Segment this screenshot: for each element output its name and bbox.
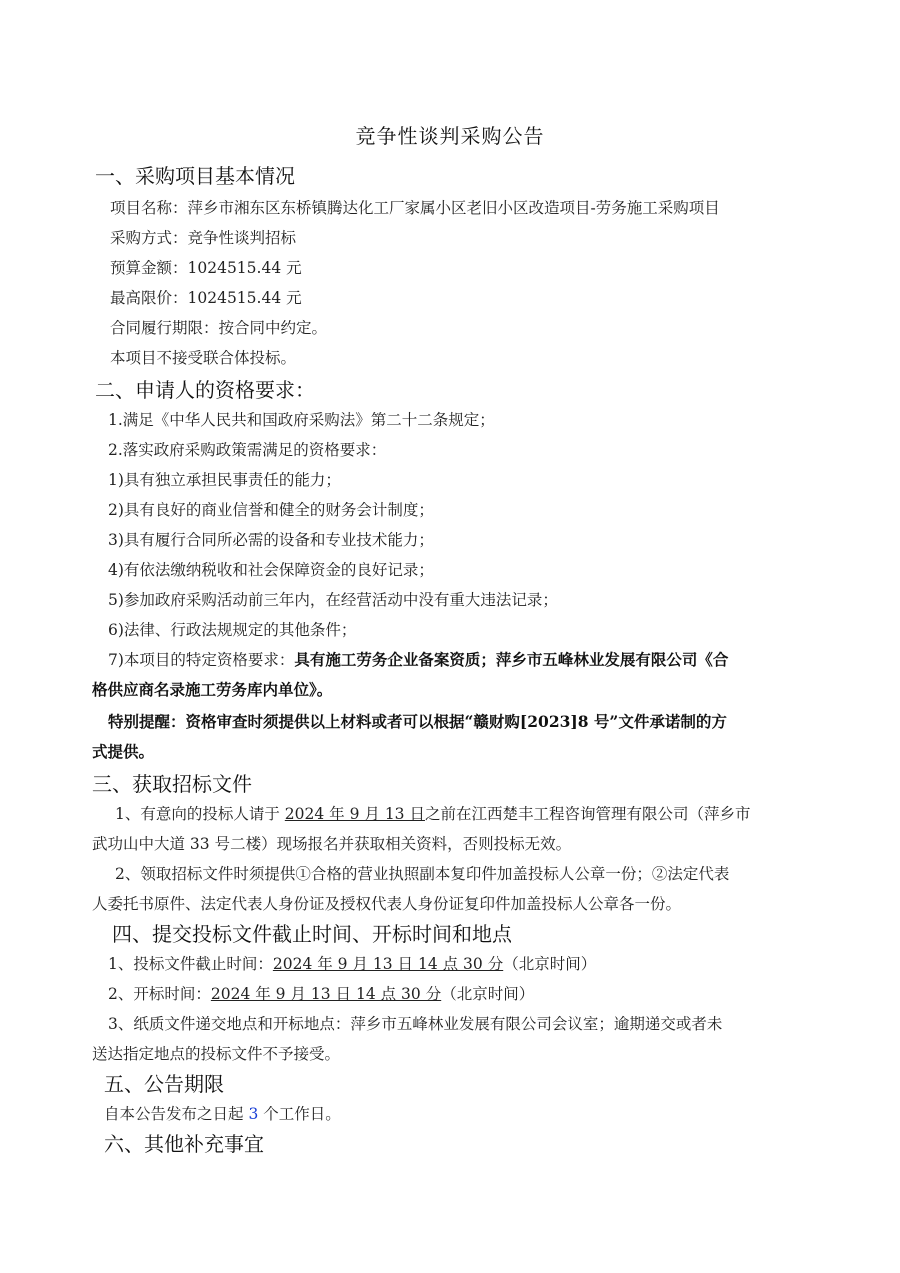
section-heading-2: 二、申请人的资格要求： [95, 374, 315, 403]
notice-period-days: 3 [248, 1105, 258, 1123]
consortium-note: 本项目不接受联合体投标。 [110, 346, 296, 368]
section-heading-1: 一、采购项目基本情况 [95, 160, 295, 189]
document-title: 竞争性谈判采购公告 [0, 120, 900, 149]
special-notice: 特别提醒：资格审查时须提供以上材料或者可以根据“赣财购[2023]8 号”文件承… [108, 710, 727, 732]
qualification-7-requirement-cont: 格供应商名录施工劳务库内单位》。 [92, 678, 332, 700]
bid-opening-timezone: （北京时间） [441, 985, 534, 1003]
notice-period-unit: 个工作日。 [258, 1105, 340, 1123]
procurement-method: 采购方式：竞争性谈判招标 [110, 226, 296, 248]
obtain-deadline-date: 2024 年 9 月 13 日 [285, 805, 425, 823]
bid-deadline-label: 1、投标文件截止时间： [108, 955, 273, 973]
obtain-docs-2: 2、领取招标文件时须提供①合格的营业执照副本复印件加盖投标人公章一份；②法定代表 [115, 862, 729, 884]
special-notice-label: 特别提醒： [108, 712, 186, 731]
section-heading-3: 三、获取招标文件 [92, 768, 252, 797]
submission-location-cont: 送达指定地点的投标文件不予接受。 [92, 1042, 340, 1064]
qualification-7-requirement: 具有施工劳务企业备案资质；萍乡市五峰林业发展有限公司《合 [294, 650, 728, 669]
qualification-2-7: 7)本项目的特定资格要求：具有施工劳务企业备案资质；萍乡市五峰林业发展有限公司《… [108, 648, 728, 670]
bid-opening-time: 2024 年 9 月 13 日 14 点 30 分 [211, 985, 441, 1003]
max-price: 最高限价：1024515.44 元 [110, 286, 302, 308]
qualification-2: 2.落实政府采购政策需满足的资格要求： [108, 438, 386, 460]
qualification-2-6: 6)法律、行政法规规定的其他条件； [108, 618, 356, 640]
notice-period-text: 自本公告发布之日起 [104, 1105, 248, 1123]
qualification-1: 1.满足《中华人民共和国政府采购法》第二十二条规定； [108, 408, 495, 430]
obtain-docs-1: 1、有意向的投标人请于 2024 年 9 月 13 日之前在江西楚丰工程咨询管理… [115, 802, 750, 824]
obtain-docs-1-location: 之前在江西楚丰工程咨询管理有限公司（萍乡市 [425, 805, 751, 823]
qualification-2-5: 5)参加政府采购活动前三年内，在经营活动中没有重大违法记录； [108, 588, 558, 610]
obtain-docs-2-cont: 人委托书原件、法定代表人身份证及授权代表人身份证复印件加盖投标人公章各一份。 [92, 892, 681, 914]
qualification-2-4: 4)有依法缴纳税收和社会保障资金的良好记录； [108, 558, 434, 580]
notice-period: 自本公告发布之日起 3 个工作日。 [104, 1102, 341, 1124]
qualification-2-1: 1)具有独立承担民事责任的能力； [108, 468, 341, 490]
bid-deadline-timezone: （北京时间） [503, 955, 596, 973]
special-notice-text: 资格审查时须提供以上材料或者可以根据“赣财购[2023]8 号”文件承诺制的方 [186, 712, 727, 731]
bid-opening: 2、开标时间：2024 年 9 月 13 日 14 点 30 分（北京时间） [108, 982, 534, 1004]
section-heading-5: 五、公告期限 [104, 1068, 224, 1097]
special-notice-cont: 式提供。 [92, 740, 154, 762]
bid-deadline: 1、投标文件截止时间：2024 年 9 月 13 日 14 点 30 分（北京时… [108, 952, 596, 974]
project-name: 项目名称：萍乡市湘东区东桥镇腾达化工厂家属小区老旧小区改造项目-劳务施工采购项目 [110, 196, 720, 218]
qualification-2-2: 2)具有良好的商业信誉和健全的财务会计制度； [108, 498, 434, 520]
budget-amount: 预算金额：1024515.44 元 [110, 256, 302, 278]
obtain-docs-1-cont: 武功山中大道 33 号二楼）现场报名并获取相关资料，否则投标无效。 [92, 832, 571, 854]
section-heading-6: 六、其他补充事宜 [104, 1128, 264, 1157]
submission-location: 3、纸质文件递交地点和开标地点：萍乡市五峰林业发展有限公司会议室；逾期递交或者未 [108, 1012, 722, 1034]
qualification-2-3: 3)具有履行合同所必需的设备和专业技术能力； [108, 528, 434, 550]
bid-opening-label: 2、开标时间： [108, 985, 211, 1003]
contract-period: 合同履行期限：按合同中约定。 [110, 316, 327, 338]
document-page: 竞争性谈判采购公告 一、采购项目基本情况 项目名称：萍乡市湘东区东桥镇腾达化工厂… [0, 0, 900, 1273]
obtain-docs-1-text: 1、有意向的投标人请于 [115, 805, 285, 823]
bid-deadline-time: 2024 年 9 月 13 日 14 点 30 分 [273, 955, 503, 973]
qualification-7-label: 7)本项目的特定资格要求： [108, 651, 294, 669]
section-heading-4: 四、提交投标文件截止时间、开标时间和地点 [112, 918, 512, 947]
